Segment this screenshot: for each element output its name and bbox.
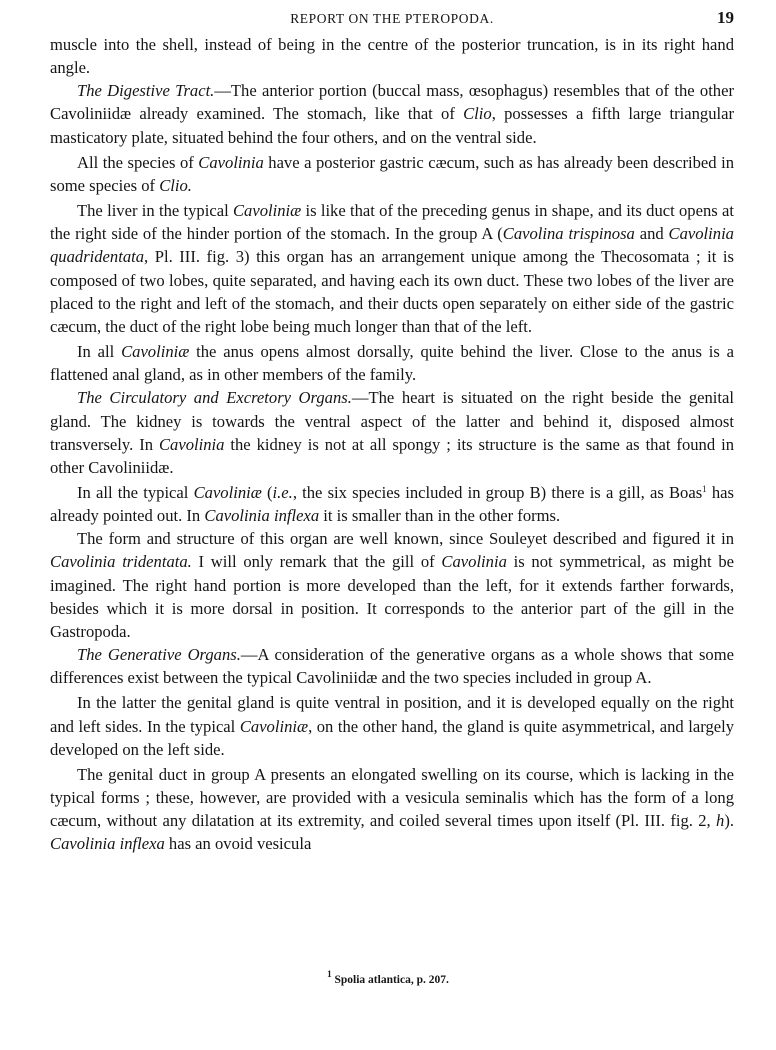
italic-run: Cavoliniæ bbox=[233, 201, 301, 220]
italic-run: Cavolinia inflexa bbox=[50, 834, 165, 853]
italic-run: i.e. bbox=[273, 483, 293, 502]
italic-run: Cavolinia tridentata. bbox=[50, 552, 192, 571]
text-run: I will only remark that the gill of bbox=[192, 552, 442, 571]
paragraph-gastric-caecum: All the species of Cavolinia have a post… bbox=[50, 151, 734, 197]
page-number: 19 bbox=[717, 8, 734, 28]
italic-run: Clio bbox=[463, 104, 492, 123]
paragraph-gill-structure: The form and structure of this organ are… bbox=[50, 527, 734, 643]
text-run: has an ovoid vesicula bbox=[165, 834, 312, 853]
italic-run: Cavoliniæ bbox=[194, 483, 262, 502]
paragraph-gill: In all the typical Cavoliniæ (i.e., the … bbox=[50, 481, 734, 527]
text-run: The genital duct in group A presents an … bbox=[50, 765, 734, 830]
italic-run: The Generative Organs. bbox=[77, 645, 241, 664]
italic-run: Cavoliniæ bbox=[121, 342, 189, 361]
text-run: All the species of bbox=[77, 153, 198, 172]
paragraph-anus: In all Cavoliniæ the anus opens almost d… bbox=[50, 340, 734, 386]
italic-run: Cavolinia bbox=[441, 552, 506, 571]
text-run: In all bbox=[77, 342, 121, 361]
paragraph-liver: The liver in the typical Cavoliniæ is li… bbox=[50, 199, 734, 338]
footnote: 1 Spolia atlantica, p. 207. bbox=[0, 974, 776, 986]
paragraph-continuation: muscle into the shell, instead of being … bbox=[50, 33, 734, 79]
italic-run: Cavolina trispinosa bbox=[503, 224, 635, 243]
paragraph-genital-duct: The genital duct in group A presents an … bbox=[50, 763, 734, 856]
paragraph-circulatory-excretory: The Circulatory and Excretory Organs.—Th… bbox=[50, 386, 734, 479]
footnote-text: Spolia atlantica, p. 207. bbox=[334, 974, 448, 986]
text-run: and bbox=[635, 224, 669, 243]
text-run: The liver in the typical bbox=[77, 201, 233, 220]
text-run: The form and structure of this organ are… bbox=[77, 529, 734, 548]
paragraph-digestive-tract: The Digestive Tract.—The anterior portio… bbox=[50, 79, 734, 148]
italic-run: Cavolinia bbox=[159, 435, 224, 454]
text-run: , Pl. III. fig. 3) this organ has an arr… bbox=[50, 247, 734, 335]
italic-run: Clio. bbox=[159, 176, 192, 195]
footnote-marker: 1 bbox=[327, 969, 332, 979]
text-run: ). bbox=[724, 811, 734, 830]
italic-run: The Circulatory and Excretory Organs. bbox=[77, 388, 352, 407]
running-title: REPORT ON THE PTEROPODA. bbox=[50, 11, 734, 27]
text-run: ( bbox=[262, 483, 273, 502]
paragraph-generative-organs: The Generative Organs.—A consideration o… bbox=[50, 643, 734, 689]
page-header: REPORT ON THE PTEROPODA. 19 bbox=[50, 8, 734, 30]
italic-run: Cavoliniæ bbox=[240, 717, 308, 736]
paragraph-genital-gland: In the latter the genital gland is quite… bbox=[50, 691, 734, 760]
text-run: In all the typical bbox=[77, 483, 194, 502]
italic-run: The Digestive Tract. bbox=[77, 81, 214, 100]
text-run: it is smaller than in the other forms. bbox=[319, 506, 560, 525]
text-run: , the six species included in group B) t… bbox=[293, 483, 702, 502]
body-text: muscle into the shell, instead of being … bbox=[50, 33, 734, 855]
text-run: muscle into the shell, instead of being … bbox=[50, 35, 734, 77]
italic-run: Cavolinia bbox=[198, 153, 263, 172]
italic-run: Cavolinia inflexa bbox=[204, 506, 319, 525]
